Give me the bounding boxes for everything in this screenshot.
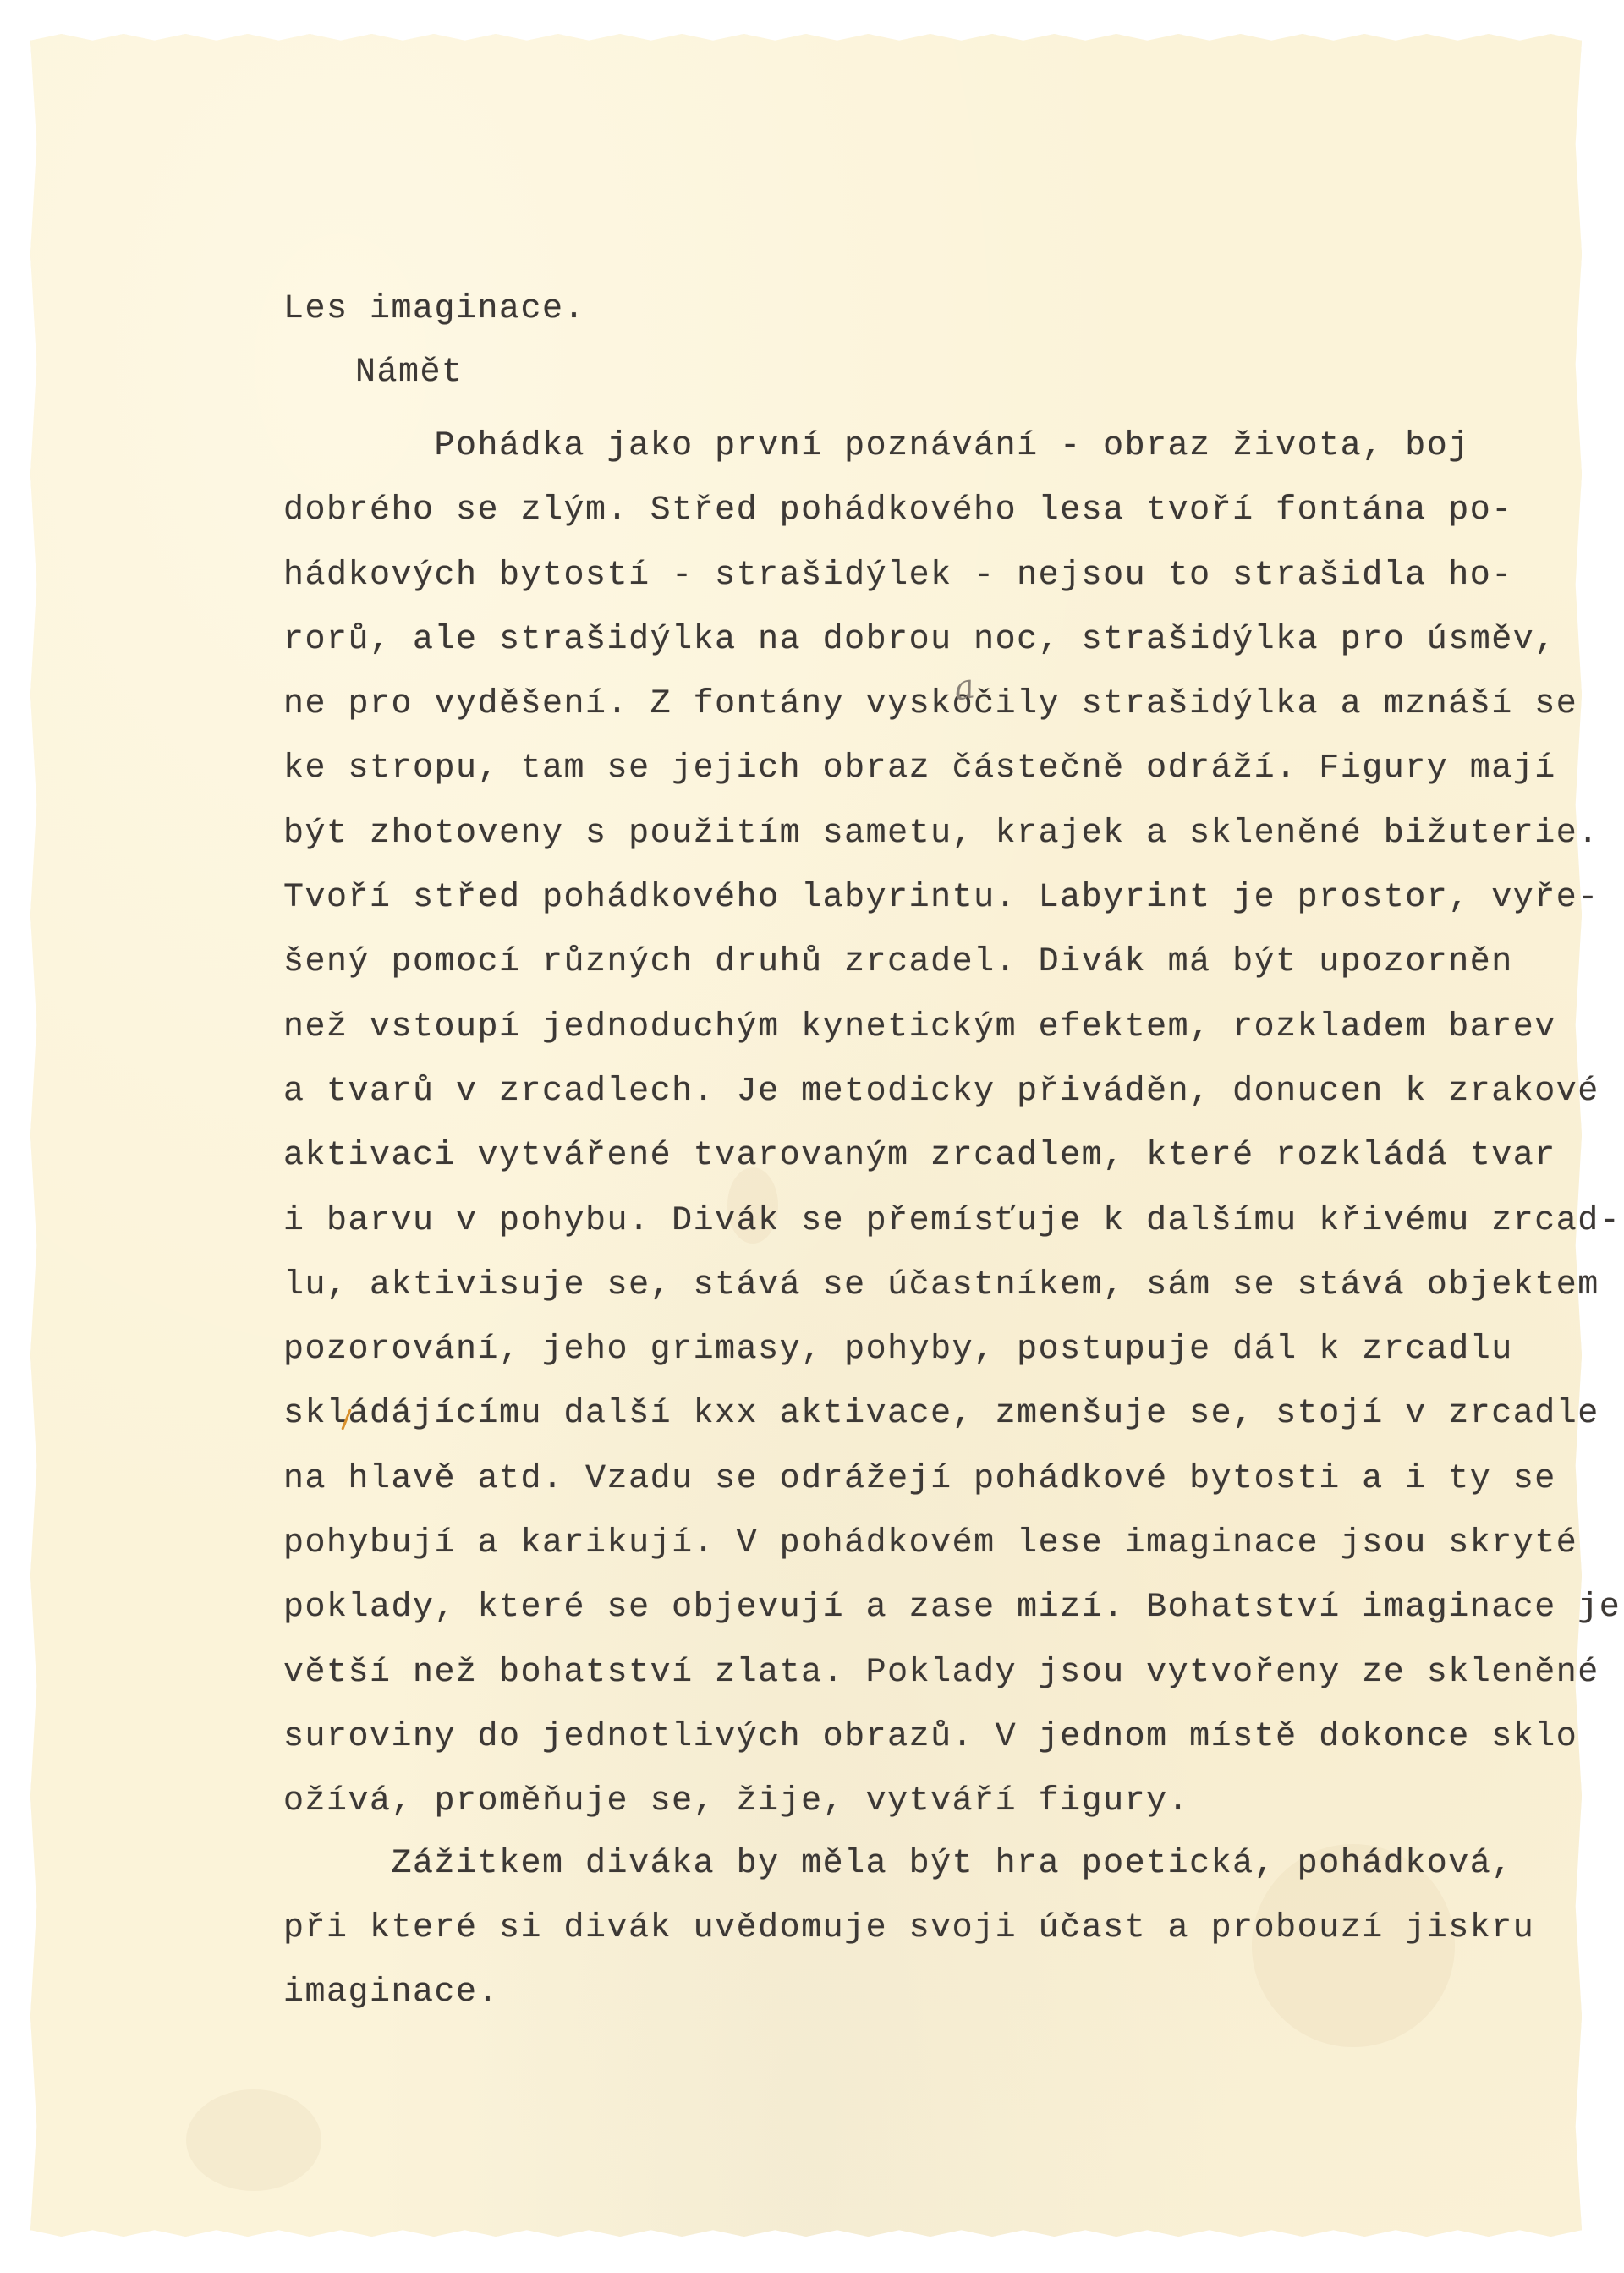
text-line: dobrého se zlým. Střed pohádkového lesa … xyxy=(283,494,1621,558)
text-line: Tvoří střed pohádkového labyrintu. Labyr… xyxy=(283,881,1621,946)
text-line: poklady, které se objevují a zase mizí. … xyxy=(283,1591,1621,1655)
text-line: a tvarů v zrcadlech. Je metodicky přivád… xyxy=(283,1075,1621,1139)
text-line: i barvu v pohybu. Divák se přemísťuje k … xyxy=(283,1205,1621,1269)
text-line: Zážitkem diváka by měla být hra poetická… xyxy=(283,1847,1534,1912)
text-line: při které si divák uvědomuje svoji účast… xyxy=(283,1912,1534,1976)
text-line: šený pomocí různých druhů zrcadel. Divák… xyxy=(283,946,1621,1010)
paper-stain xyxy=(186,2089,321,2191)
text-line: suroviny do jednotlivých obrazů. V jedno… xyxy=(283,1721,1621,1785)
text-line: být zhotoveny s použitím sametu, krajek … xyxy=(283,817,1621,881)
text-line: aktivaci vytvářené tvarovaným zrcadlem, … xyxy=(283,1139,1621,1204)
text-line: hádkových bytostí - strašidýlek - nejsou… xyxy=(283,559,1621,623)
text-line: ke stropu, tam se jejich obraz částečně … xyxy=(283,752,1621,816)
text-line: ne pro vyděšení. Z fontány vyskočily str… xyxy=(283,688,1621,752)
body-paragraph: Pohádka jako první poznávání - obraz živ… xyxy=(283,430,1621,1850)
text-line: Pohádka jako první poznávání - obraz živ… xyxy=(283,430,1621,494)
text-line: ožívá, proměňuje se, žije, vytváří figur… xyxy=(283,1785,1621,1849)
document-title: Les imaginace. xyxy=(283,290,585,328)
text-line: lu, aktivisuje se, stává se účastníkem, … xyxy=(283,1269,1621,1333)
text-line: imaginace. xyxy=(283,1976,1534,2040)
text-line: skládájícímu další kxx aktivace, zmenšuj… xyxy=(283,1397,1621,1462)
text-line: větší než bohatství zlata. Poklady jsou … xyxy=(283,1656,1621,1721)
document-subtitle: Námět xyxy=(355,354,464,392)
text-line: pohybují a karikují. V pohádkovém lese i… xyxy=(283,1527,1621,1591)
closing-paragraph: Zážitkem diváka by měla být hra poetická… xyxy=(283,1847,1534,2040)
text-line: než vstoupí jednoduchým kynetickým efekt… xyxy=(283,1011,1621,1075)
text-line: pozorování, jeho grimasy, pohyby, postup… xyxy=(283,1333,1621,1397)
text-line: na hlavě atd. Vzadu se odrážejí pohádkov… xyxy=(283,1463,1621,1527)
